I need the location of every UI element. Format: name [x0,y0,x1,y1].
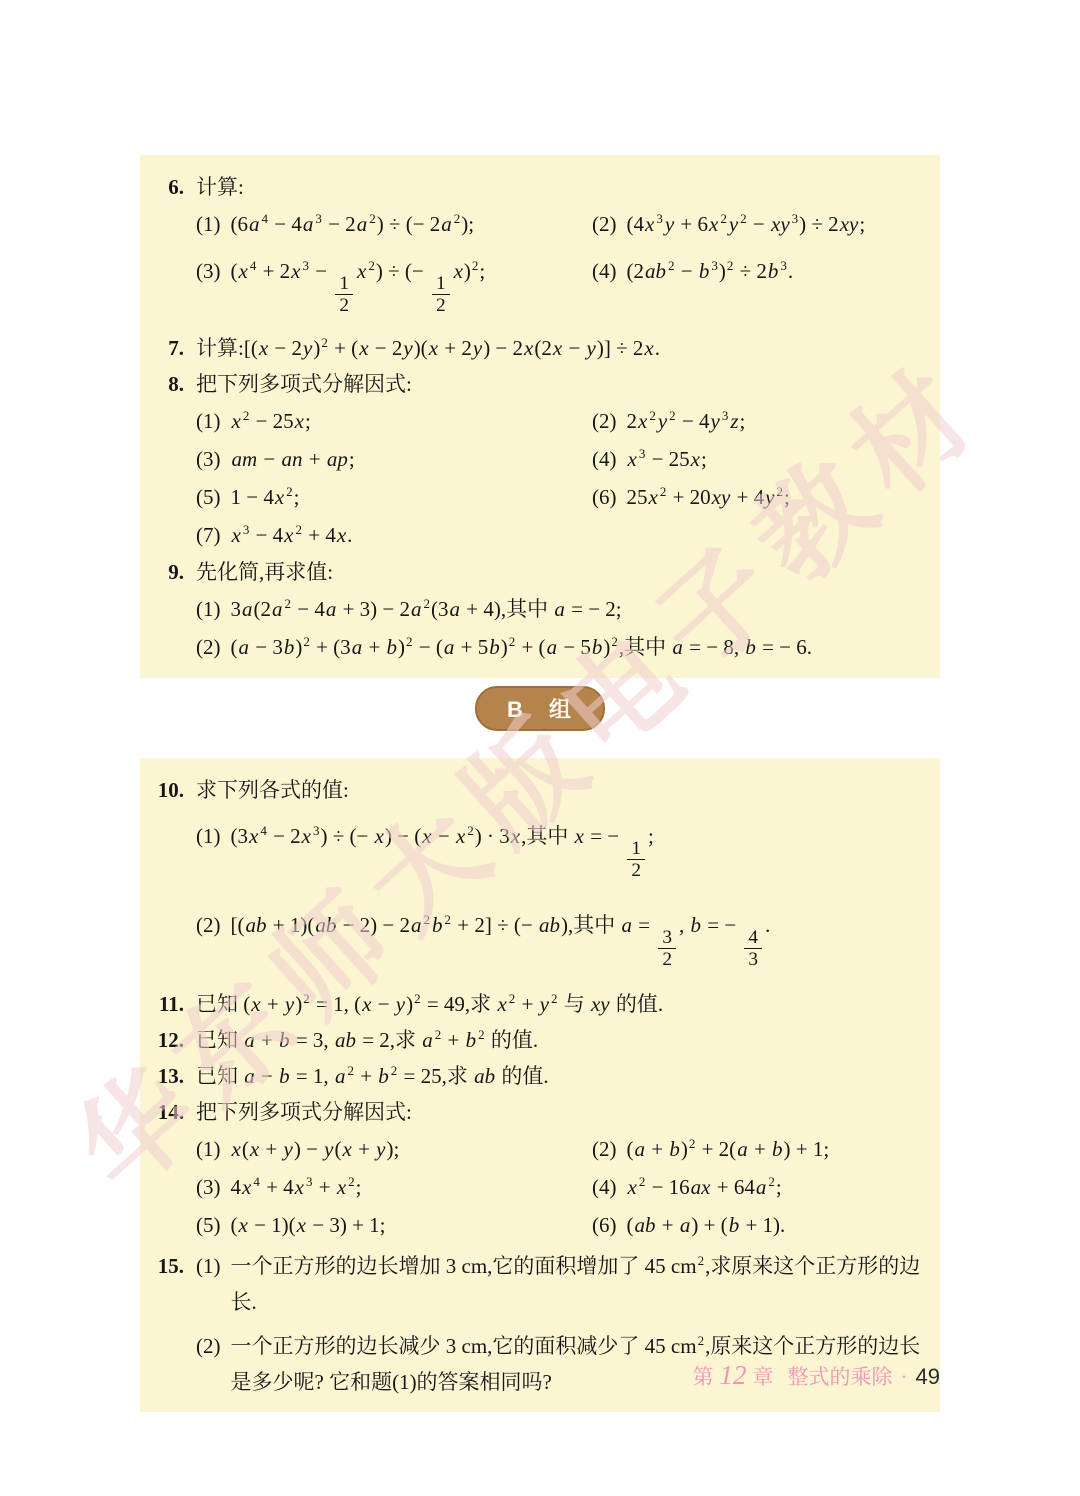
exercise-15-number: 15. [140,1248,184,1400]
exercise-8-items-row-4: (7)x3 − 4x2 + 4x. [196,516,940,554]
exercise-6-items-row-1: (1)(6a4 − 4a3 − 2a2) ÷ (− 2a2); (2)(4x3y… [196,205,940,243]
empty-cell [592,516,940,554]
exercise-13-row: 13. 已知 a − b = 1, a2 + b2 = 25,求 ab 的值. [140,1058,940,1094]
exercise-14-item-3: (3)4x4 + 4x3 + x2; [196,1168,592,1206]
math-expression: [(x − 2y)2 + (x − 2y)(x + 2y) − 2x(2x − … [244,336,660,360]
exercise-14-item-1: (1)x(x + y) − y(x + y); [196,1130,592,1168]
exercise-9-item-2: (2)(a − 3b)2 + (3a + b)2 − (a + 5b)2 + (… [196,628,940,666]
math-expression: x2 − 25x; [231,409,311,433]
item-label: (2) [592,1137,617,1161]
exercise-8-items-row-3: (5)1 − 4x2; (6)25x2 + 20xy + 4y2; [196,478,940,516]
exercise-8-items-row-2: (3)am − an + ap; (4)x3 − 25x; [196,440,940,478]
exercise-6-number: 6. [140,169,184,205]
math-expression: (a − 3b)2 + (3a + b)2 − (a + 5b)2 + (a −… [231,628,813,666]
exercise-8-item-6: (6)25x2 + 20xy + 4y2; [592,478,940,516]
exercise-11-number: 11. [140,986,184,1022]
math-expression: (x4 + 2x3 − 12x2) ÷ (− 12x)2; [231,259,486,283]
math-expression: 25x2 + 20xy + 4y2; [627,485,790,509]
item-label: (1) [196,1248,221,1320]
exercise-12-number: 12. [140,1022,184,1058]
item-label: (3) [196,1175,221,1199]
exercise-11-row: 11. 已知 (x + y)2 = 1, (x − y)2 = 49,求 x2 … [140,986,940,1022]
exercise-10-number: 10. [140,772,184,808]
item-label: (4) [592,447,617,471]
exercise-11-statement: 已知 (x + y)2 = 1, (x − y)2 = 49,求 x2 + y2… [196,986,663,1022]
item-label: (2) [196,906,221,971]
exercise-6-items-row-2: (3)(x4 + 2x3 − 12x2) ÷ (− 12x)2; (4)(2ab… [196,243,940,326]
chapter-title: 整式的乘除 [788,1365,893,1389]
chapter-prefix: 第 [693,1365,714,1389]
exercise-9-item-1: (1)3a(2a2 − 4a + 3) − 2a2(3a + 4),其中 a =… [196,590,940,628]
item-label: (1) [196,590,221,628]
item-label: (2) [592,409,617,433]
exercise-14-items-row-3: (5)(x − 1)(x − 3) + 1; (6)(ab + a) + (b … [196,1206,940,1244]
exercise-block-a: 6. 计算: (1)(6a4 − 4a3 − 2a2) ÷ (− 2a2); (… [140,155,940,678]
math-expression: (2ab2 − b3)2 ÷ 2b3. [627,259,794,283]
math-expression: (a + b)2 + 2(a + b) + 1; [627,1137,830,1161]
exercise-6-item-4: (4)(2ab2 − b3)2 ÷ 2b3. [592,252,940,317]
exercise-14-items-row-2: (3)4x4 + 4x3 + x2; (4)x2 − 16ax + 64a2; [196,1168,940,1206]
item-label: (6) [592,485,617,509]
exercise-9-row: 9. 先化简,再求值: [140,554,940,590]
item-label: (5) [196,1213,221,1237]
group-b-badge: B 组 [475,686,605,731]
exercise-6-prompt: 计算: [196,169,244,205]
exercise-14-number: 14. [140,1094,184,1130]
math-expression: 4x4 + 4x3 + x2; [231,1175,362,1199]
math-expression: (x − 1)(x − 3) + 1; [231,1213,386,1237]
exercise-8-number: 8. [140,366,184,402]
exercise-6-item-1: (1)(6a4 − 4a3 − 2a2) ÷ (− 2a2); [196,205,592,243]
exercise-6-row: 6. 计算: [140,169,940,205]
item-label: (1) [196,409,221,433]
item-label: (2) [592,212,617,236]
exercise-block-b: 10. 求下列各式的值: (1)(3x4 − 2x3) ÷ (− x) − (x… [140,758,940,1412]
item-label: (3) [196,447,221,471]
exercise-6-item-2: (2)(4x3y + 6x2y2 − xy3) ÷ 2xy; [592,205,940,243]
exercise-7-prompt: 计算: [196,336,244,360]
math-expression: 2x2y2 − 4y3z; [627,409,746,433]
exercise-9-prompt: 先化简,再求值: [196,554,333,590]
exercise-7-statement: 计算:[(x − 2y)2 + (x − 2y)(x + 2y) − 2x(2x… [196,330,660,366]
item-label: (6) [592,1213,617,1237]
exercise-8-item-3: (3)am − an + ap; [196,440,592,478]
exercise-14-item-6: (6)(ab + a) + (b + 1). [592,1206,940,1244]
exercise-9-number: 9. [140,554,184,590]
exercise-14-row: 14. 把下列多项式分解因式: [140,1094,940,1130]
item-label: (1) [196,212,221,236]
exercise-10-row: 10. 求下列各式的值: [140,772,940,808]
exercise-8-items-row-1: (1)x2 − 25x; (2)2x2y2 − 4y3z; [196,402,940,440]
exercise-14-prompt: 把下列多项式分解因式: [196,1094,412,1130]
exercise-14-item-4: (4)x2 − 16ax + 64a2; [592,1168,940,1206]
math-expression: x(x + y) − y(x + y); [231,1137,400,1161]
math-expression: (4x3y + 6x2y2 − xy3) ÷ 2xy; [627,212,866,236]
word-problem-text: 一个正方形的边长增加 3 cm,它的面积增加了 45 cm2,求原来这个正方形的… [231,1248,923,1320]
math-expression: x3 − 25x; [627,447,707,471]
item-label: (1) [196,817,221,882]
item-label: (2) [196,628,221,666]
exercise-12-statement: 已知 a + b = 3, ab = 2,求 a2 + b2 的值. [196,1022,538,1058]
math-expression: (6a4 − 4a3 − 2a2) ÷ (− 2a2); [231,212,475,236]
exercise-7-number: 7. [140,330,184,366]
exercise-15-item-1: (1) 一个正方形的边长增加 3 cm,它的面积增加了 45 cm2,求原来这个… [196,1248,923,1320]
math-expression: 1 − 4x2; [231,485,300,509]
item-label: (3) [196,259,221,283]
math-expression: x3 − 4x2 + 4x. [231,523,353,547]
chapter-number: 12 [720,1360,747,1390]
item-label: (1) [196,1137,221,1161]
item-label: (7) [196,523,221,547]
math-expression: 3a(2a2 − 4a + 3) − 2a2(3a + 4),其中 a = − … [231,590,622,628]
exercise-8-item-4: (4)x3 − 25x; [592,440,940,478]
math-expression: x2 − 16ax + 64a2; [627,1175,782,1199]
exercise-8-item-1: (1)x2 − 25x; [196,402,592,440]
exercise-10-prompt: 求下列各式的值: [196,772,349,808]
math-expression: (ab + a) + (b + 1). [627,1213,786,1237]
exercise-8-item-5: (5)1 − 4x2; [196,478,592,516]
item-label: (2) [196,1328,221,1400]
item-label: (5) [196,485,221,509]
item-label: (4) [592,259,617,283]
exercise-10-item-1: (1)(3x4 − 2x3) ÷ (− x) − (x − x2) · 3x,其… [196,808,940,891]
footer-dot: · [901,1365,908,1389]
exercise-8-item-2: (2)2x2y2 − 4y3z; [592,402,940,440]
exercise-8-row: 8. 把下列多项式分解因式: [140,366,940,402]
exercise-8-item-7: (7)x3 − 4x2 + 4x. [196,516,592,554]
chapter-suffix: 章 [753,1365,774,1389]
exercise-7-row: 7. 计算:[(x − 2y)2 + (x − 2y)(x + 2y) − 2x… [140,330,940,366]
page-number: 49 [916,1364,940,1389]
exercise-8-prompt: 把下列多项式分解因式: [196,366,412,402]
exercise-14-item-5: (5)(x − 1)(x − 3) + 1; [196,1206,592,1244]
math-expression: am − an + ap; [231,447,355,471]
exercise-12-row: 12. 已知 a + b = 3, ab = 2,求 a2 + b2 的值. [140,1022,940,1058]
page-footer: 第12章整式的乘除·49 [693,1360,940,1391]
item-label: (4) [592,1175,617,1199]
exercise-14-item-2: (2)(a + b)2 + 2(a + b) + 1; [592,1130,940,1168]
exercise-13-number: 13. [140,1058,184,1094]
exercise-13-statement: 已知 a − b = 1, a2 + b2 = 25,求 ab 的值. [196,1058,549,1094]
exercise-14-items-row-1: (1)x(x + y) − y(x + y); (2)(a + b)2 + 2(… [196,1130,940,1168]
exercise-6-item-3: (3)(x4 + 2x3 − 12x2) ÷ (− 12x)2; [196,252,592,317]
math-expression: [(ab + 1)(ab − 2) − 2a2b2 + 2] ÷ (− ab),… [231,906,771,971]
exercise-10-item-2: (2)[(ab + 1)(ab − 2) − 2a2b2 + 2] ÷ (− a… [196,897,940,980]
math-expression: (3x4 − 2x3) ÷ (− x) − (x − x2) · 3x,其中 x… [231,817,654,882]
